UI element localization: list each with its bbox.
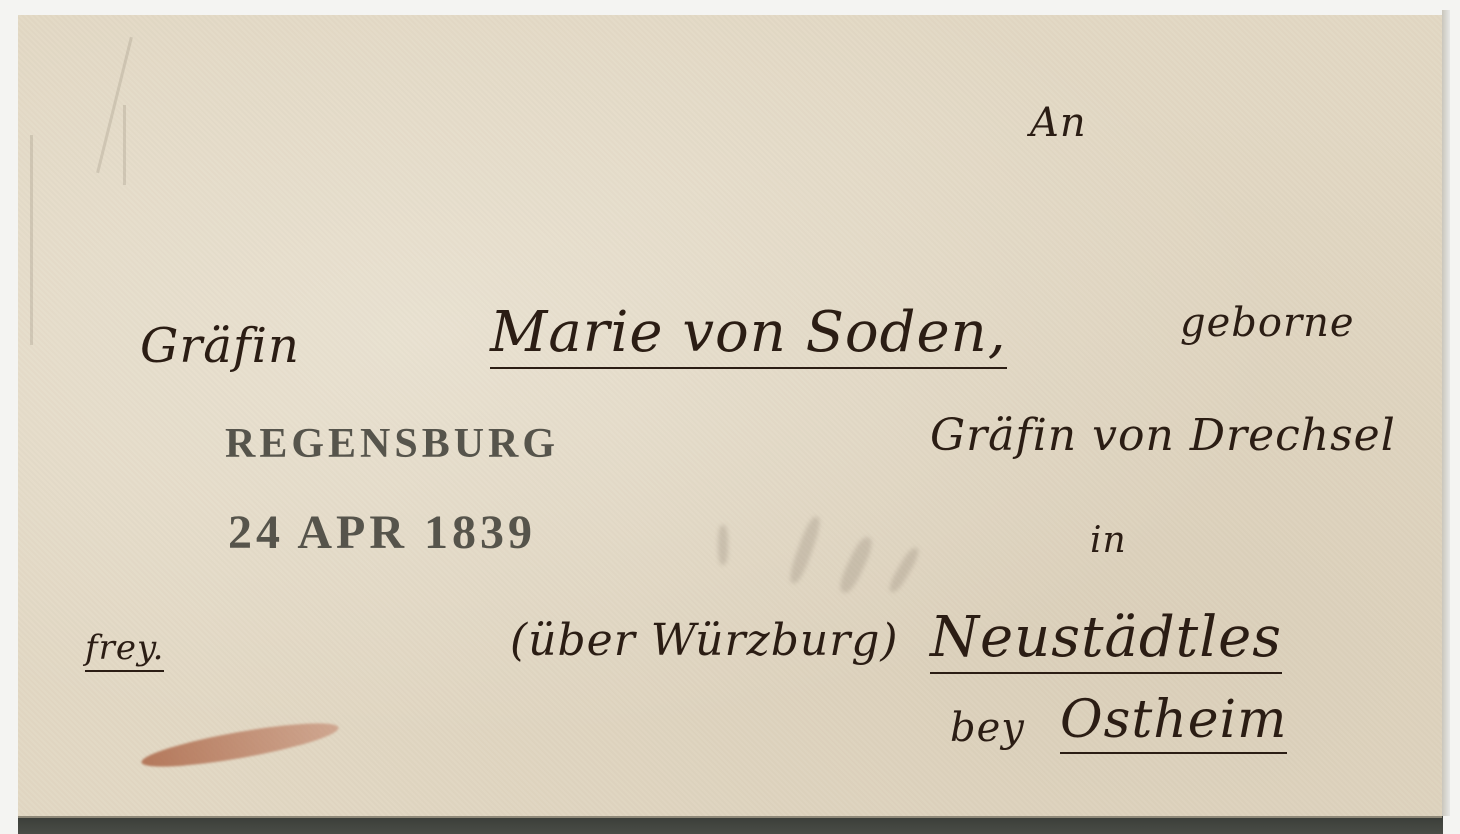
ink-bleed xyxy=(836,534,876,595)
geborne-text: geborne xyxy=(1180,300,1355,346)
bey-text: bey xyxy=(950,705,1025,751)
franking-note: frey. xyxy=(85,628,164,672)
in-text: in xyxy=(1090,520,1127,561)
title-text: Gräfin xyxy=(140,318,300,374)
postmark-date: 24 APR 1839 xyxy=(228,505,536,560)
ostheim-text: Ostheim xyxy=(1060,690,1287,754)
routing-text: (über Würzburg) xyxy=(510,615,899,666)
recipient-name: Marie von Soden, xyxy=(490,300,1007,369)
maiden-name-text: Gräfin von Drechsel xyxy=(930,410,1396,461)
postmark-town: REGENSBURG xyxy=(225,420,559,468)
ink-bleed xyxy=(786,515,823,586)
photo-shadow-right xyxy=(1442,10,1450,816)
ink-bleed xyxy=(718,525,728,565)
ink-bleed xyxy=(886,545,921,594)
fold-mark xyxy=(123,105,126,185)
fold-mark xyxy=(96,37,133,174)
destination-text: Neustädtles xyxy=(930,605,1282,674)
fold-mark xyxy=(30,135,33,345)
photo-shadow-bottom xyxy=(18,816,1443,834)
salutation-text: An xyxy=(1030,100,1087,146)
